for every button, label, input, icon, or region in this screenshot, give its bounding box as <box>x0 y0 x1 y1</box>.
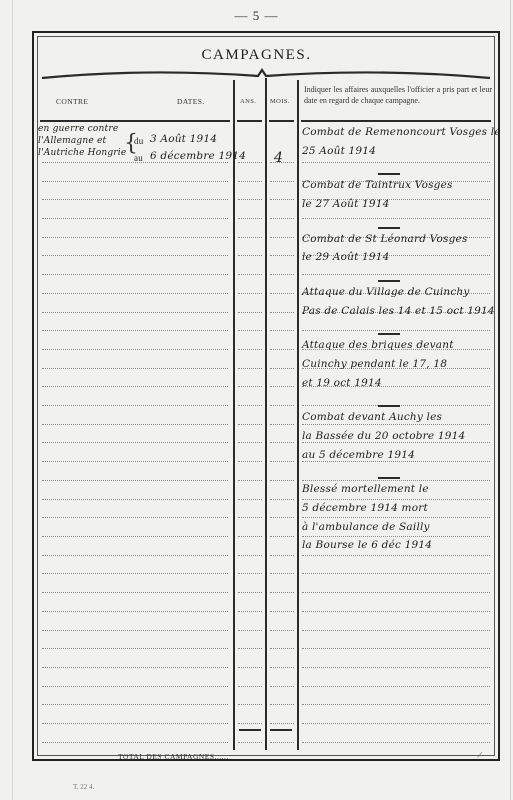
ruled-line <box>238 199 262 200</box>
ruled-line <box>238 218 262 219</box>
ruled-line <box>270 573 294 574</box>
affaire-line: la Bassée du 20 octobre 1914 <box>302 430 465 442</box>
affaire-line: Combat devant Auchy les <box>302 411 442 423</box>
ruled-line <box>270 536 294 537</box>
col-header-description: Indiquer les affaires auxquelles l'offic… <box>304 85 492 106</box>
ruled-line <box>302 424 490 425</box>
ruled-line <box>42 723 228 724</box>
ruled-line <box>270 181 294 182</box>
ruled-line <box>238 461 262 462</box>
col-header-ans: ANS. <box>240 98 256 105</box>
total-rule <box>270 729 292 731</box>
affaire-line: Pas de Calais les 14 et 15 oct 1914 <box>302 305 495 317</box>
ruled-line <box>270 723 294 724</box>
affaire-line: et 19 oct 1914 <box>302 377 382 389</box>
campaign-contre-line: en guerre contre <box>38 124 118 134</box>
ruled-line <box>302 648 490 649</box>
entry-separator <box>378 227 400 229</box>
entry-separator <box>378 280 400 282</box>
ruled-line <box>42 461 228 462</box>
ruled-line <box>302 742 490 743</box>
ruled-line <box>270 274 294 275</box>
ruled-line <box>270 742 294 743</box>
ruled-line <box>238 648 262 649</box>
ruled-line <box>270 648 294 649</box>
date-from-prefix: du <box>134 136 143 146</box>
ruled-line <box>238 181 262 182</box>
ruled-line <box>270 255 294 256</box>
affaire-line: Attaque des briques devant <box>302 339 454 351</box>
ruled-line <box>42 274 228 275</box>
ruled-line <box>238 293 262 294</box>
ruled-line <box>270 424 294 425</box>
ruled-line <box>270 199 294 200</box>
ruled-line <box>238 405 262 406</box>
ruled-line <box>238 162 262 163</box>
ruled-line <box>238 480 262 481</box>
ruled-line <box>42 573 228 574</box>
date-to-prefix: au <box>134 153 143 163</box>
affaire-line: le 27 Août 1914 <box>302 198 390 210</box>
ruled-line <box>270 330 294 331</box>
ruled-line <box>302 630 490 631</box>
ruled-line <box>270 442 294 443</box>
ruled-line <box>238 517 262 518</box>
ruled-line <box>270 667 294 668</box>
column-divider <box>265 78 267 750</box>
ruled-line <box>42 704 228 705</box>
affaire-line: au 5 décembre 1914 <box>302 449 415 461</box>
column-divider <box>297 80 299 750</box>
campaign-contre-line: l'Allemagne et <box>38 136 106 146</box>
ruled-line <box>302 723 490 724</box>
header-rule <box>301 120 491 122</box>
ruled-line <box>238 630 262 631</box>
ruled-line <box>42 742 228 743</box>
ruled-line <box>238 704 262 705</box>
ruled-line <box>302 499 490 500</box>
ruled-line <box>238 536 262 537</box>
ruled-line <box>42 349 228 350</box>
ruled-line <box>42 405 228 406</box>
ruled-line <box>270 517 294 518</box>
ruled-line <box>238 611 262 612</box>
ruled-line <box>238 667 262 668</box>
ruled-line <box>238 386 262 387</box>
ruled-line <box>238 237 262 238</box>
entry-separator <box>378 405 400 407</box>
campaign-date-to: 6 décembre 1914 <box>150 150 246 162</box>
campaign-contre-line: l'Autriche Hongrie <box>38 148 126 158</box>
ruled-line <box>302 480 490 481</box>
ruled-line <box>238 349 262 350</box>
ruled-line <box>238 686 262 687</box>
ruled-line <box>42 592 228 593</box>
ruled-line <box>238 592 262 593</box>
header-rule <box>40 120 230 122</box>
ruled-line <box>42 218 228 219</box>
ruled-line <box>270 461 294 462</box>
ruled-line <box>270 555 294 556</box>
ruled-line <box>270 293 294 294</box>
ruled-line <box>302 461 490 462</box>
col-header-contre: CONTRE <box>56 97 88 106</box>
total-rule <box>239 729 261 731</box>
header-rule <box>237 120 262 122</box>
campaign-date-from: 3 Août 1914 <box>150 133 217 145</box>
ruled-line <box>42 199 228 200</box>
ruled-line <box>42 255 228 256</box>
ruled-line <box>270 686 294 687</box>
ruled-line <box>42 293 228 294</box>
ruled-line <box>270 368 294 369</box>
ruled-line <box>42 611 228 612</box>
page-edge <box>12 0 13 800</box>
ruled-line <box>302 592 490 593</box>
ruled-line <box>302 611 490 612</box>
ruled-line <box>270 592 294 593</box>
ruled-line <box>238 274 262 275</box>
ruled-line <box>270 349 294 350</box>
ruled-line <box>42 686 228 687</box>
ruled-line <box>238 573 262 574</box>
ruled-line <box>302 573 490 574</box>
ruled-line <box>238 424 262 425</box>
ruled-line <box>42 368 228 369</box>
ruled-line <box>270 704 294 705</box>
ruled-line <box>238 499 262 500</box>
total-campaigns-label: TOTAL DES CAMPAGNES...... <box>118 752 229 761</box>
header-rule <box>269 120 294 122</box>
ruled-line <box>42 181 228 182</box>
form-title: CAMPAGNES. <box>0 47 513 64</box>
ruled-line <box>302 704 490 705</box>
entry-separator <box>378 477 400 479</box>
ruled-line <box>302 274 490 275</box>
ruled-line <box>302 517 490 518</box>
ruled-line <box>238 255 262 256</box>
affaire-line: le 29 Août 1914 <box>302 251 390 263</box>
ruled-line <box>270 386 294 387</box>
ruled-line <box>270 499 294 500</box>
ruled-line <box>42 517 228 518</box>
ruled-line <box>42 648 228 649</box>
affaire-line: Cuinchy pendant le 17, 18 <box>302 358 447 370</box>
ruled-line <box>270 312 294 313</box>
ruled-line <box>238 555 262 556</box>
campaign-mois: 4 <box>274 150 283 166</box>
ruled-line <box>42 442 228 443</box>
ruled-line <box>302 218 490 219</box>
ruled-line <box>302 555 490 556</box>
ruled-line <box>42 237 228 238</box>
ruled-line <box>270 611 294 612</box>
affaire-line: Combat de St Léonard Vosges <box>302 233 468 245</box>
ruled-line <box>302 162 490 163</box>
ruled-line <box>270 218 294 219</box>
ruled-line <box>302 330 490 331</box>
ruled-line <box>302 442 490 443</box>
page-number: — 5 — <box>0 8 513 24</box>
ruled-line <box>42 536 228 537</box>
ruled-line <box>42 424 228 425</box>
ruled-line <box>238 312 262 313</box>
affaire-line: à l'ambulance de Sailly <box>302 521 430 533</box>
page-edge <box>510 0 511 800</box>
ruled-line <box>238 723 262 724</box>
printer-mark: T. 22 4. <box>73 783 94 791</box>
affaire-line: la Bourse le 6 déc 1914 <box>302 539 432 551</box>
ruled-line <box>270 480 294 481</box>
ruled-line <box>42 386 228 387</box>
ruled-line <box>302 536 490 537</box>
entry-separator <box>378 333 400 335</box>
ruled-line <box>42 499 228 500</box>
affaire-line: 5 décembre 1914 mort <box>302 502 428 514</box>
column-divider <box>233 80 235 750</box>
ruled-line <box>238 368 262 369</box>
ruled-line <box>270 237 294 238</box>
ruled-line <box>42 480 228 481</box>
affaire-line: Attaque du Village de Cuinchy <box>302 286 470 298</box>
ruled-line <box>42 630 228 631</box>
ruled-line <box>302 667 490 668</box>
col-header-dates: DATES. <box>177 97 205 106</box>
ruled-line <box>238 442 262 443</box>
ruled-line <box>42 555 228 556</box>
affaire-line: Combat de Taintrux Vosges <box>302 179 453 191</box>
ruled-line <box>42 330 228 331</box>
ruled-line <box>42 667 228 668</box>
col-header-mois: MOIS. <box>270 98 290 105</box>
affaire-line: Combat de Remenoncourt Vosges le <box>302 126 501 138</box>
affaire-line: Blessé mortellement le <box>302 483 429 495</box>
ruled-line <box>238 330 262 331</box>
entry-separator <box>378 173 400 175</box>
ruled-line <box>302 686 490 687</box>
ruled-line <box>270 630 294 631</box>
affaire-line: 25 Août 1914 <box>302 145 376 157</box>
ruled-line <box>238 742 262 743</box>
ruled-line <box>42 312 228 313</box>
ruled-line <box>270 405 294 406</box>
